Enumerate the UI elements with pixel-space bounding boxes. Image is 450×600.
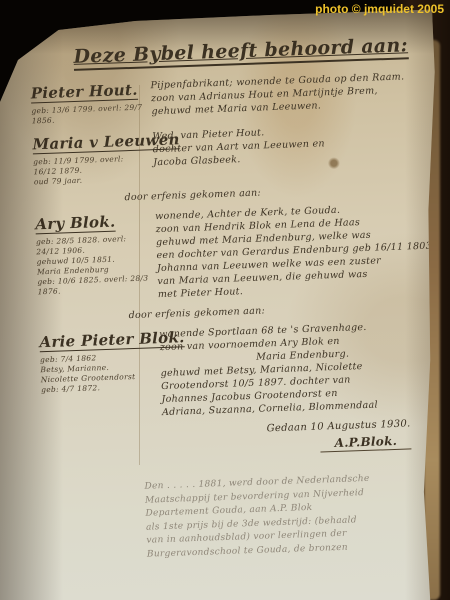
entry-margin: Pieter Hout. geb: 13/6 1799. overl: 29/7… xyxy=(12,79,145,127)
entry-margin: Ary Blok. geb: 28/5 1828. overl: 24/12 1… xyxy=(17,210,152,306)
entry-margin: Arie Pieter Blok. geb: 7/4 1862 Betsy, M… xyxy=(21,328,156,424)
entry-body: Pijpenfabrikant; wonende te Gouda op den… xyxy=(144,70,425,123)
entry-maria-v-leeuwen: Maria v Leeuwen geb: 11/9 1799. overl: 1… xyxy=(14,121,428,188)
entry-body: wonende, Achter de Kerk, te Gouda. zoon … xyxy=(149,200,449,301)
inheritance-note: door erfenis gekomen aan: xyxy=(124,182,428,204)
entry-body: Wed. van Pieter Hout. dochter van Aart v… xyxy=(146,121,428,184)
page-title: Deze Bybel heeft behoord aan: xyxy=(73,34,408,71)
entry-name: Ary Blok. xyxy=(35,213,116,235)
closing-block: Gedaan 10 Augustus 1930. A.P.Blok. xyxy=(25,418,412,462)
entry-margin: Maria v Leeuwen geb: 11/9 1799. overl: 1… xyxy=(14,130,148,188)
handwritten-content: Deze Bybel heeft behoord aan: Pieter Hou… xyxy=(11,18,441,566)
pencil-note: Den . . . . . 1881, werd door de Nederla… xyxy=(144,470,441,561)
entry-ary-blok: Ary Blok. geb: 28/5 1828. overl: 24/12 1… xyxy=(17,201,432,306)
entry-name: Pieter Hout. xyxy=(30,81,138,104)
photo-frame: Deze Bybel heeft behoord aan: Pieter Hou… xyxy=(0,0,450,600)
inheritance-note: door erfenis gekomen aan: xyxy=(128,300,432,322)
entry-dates: geb: 10/6 1825. overl: 28/3 1876. xyxy=(37,273,152,297)
entry-body: wonende Sportlaan 68 te 's Gravenhage. z… xyxy=(153,319,436,420)
bible-page: Deze Bybel heeft behoord aan: Pieter Hou… xyxy=(0,0,450,600)
signature: A.P.Blok. xyxy=(320,433,411,452)
entry-dates: geb: 13/6 1799. overl: 29/7 1856. xyxy=(31,102,146,126)
entry-arie-pieter-blok: Arie Pieter Blok. geb: 7/4 1862 Betsy, M… xyxy=(21,319,436,424)
photo-credit: photo © jmquidet 2005 xyxy=(315,2,444,16)
